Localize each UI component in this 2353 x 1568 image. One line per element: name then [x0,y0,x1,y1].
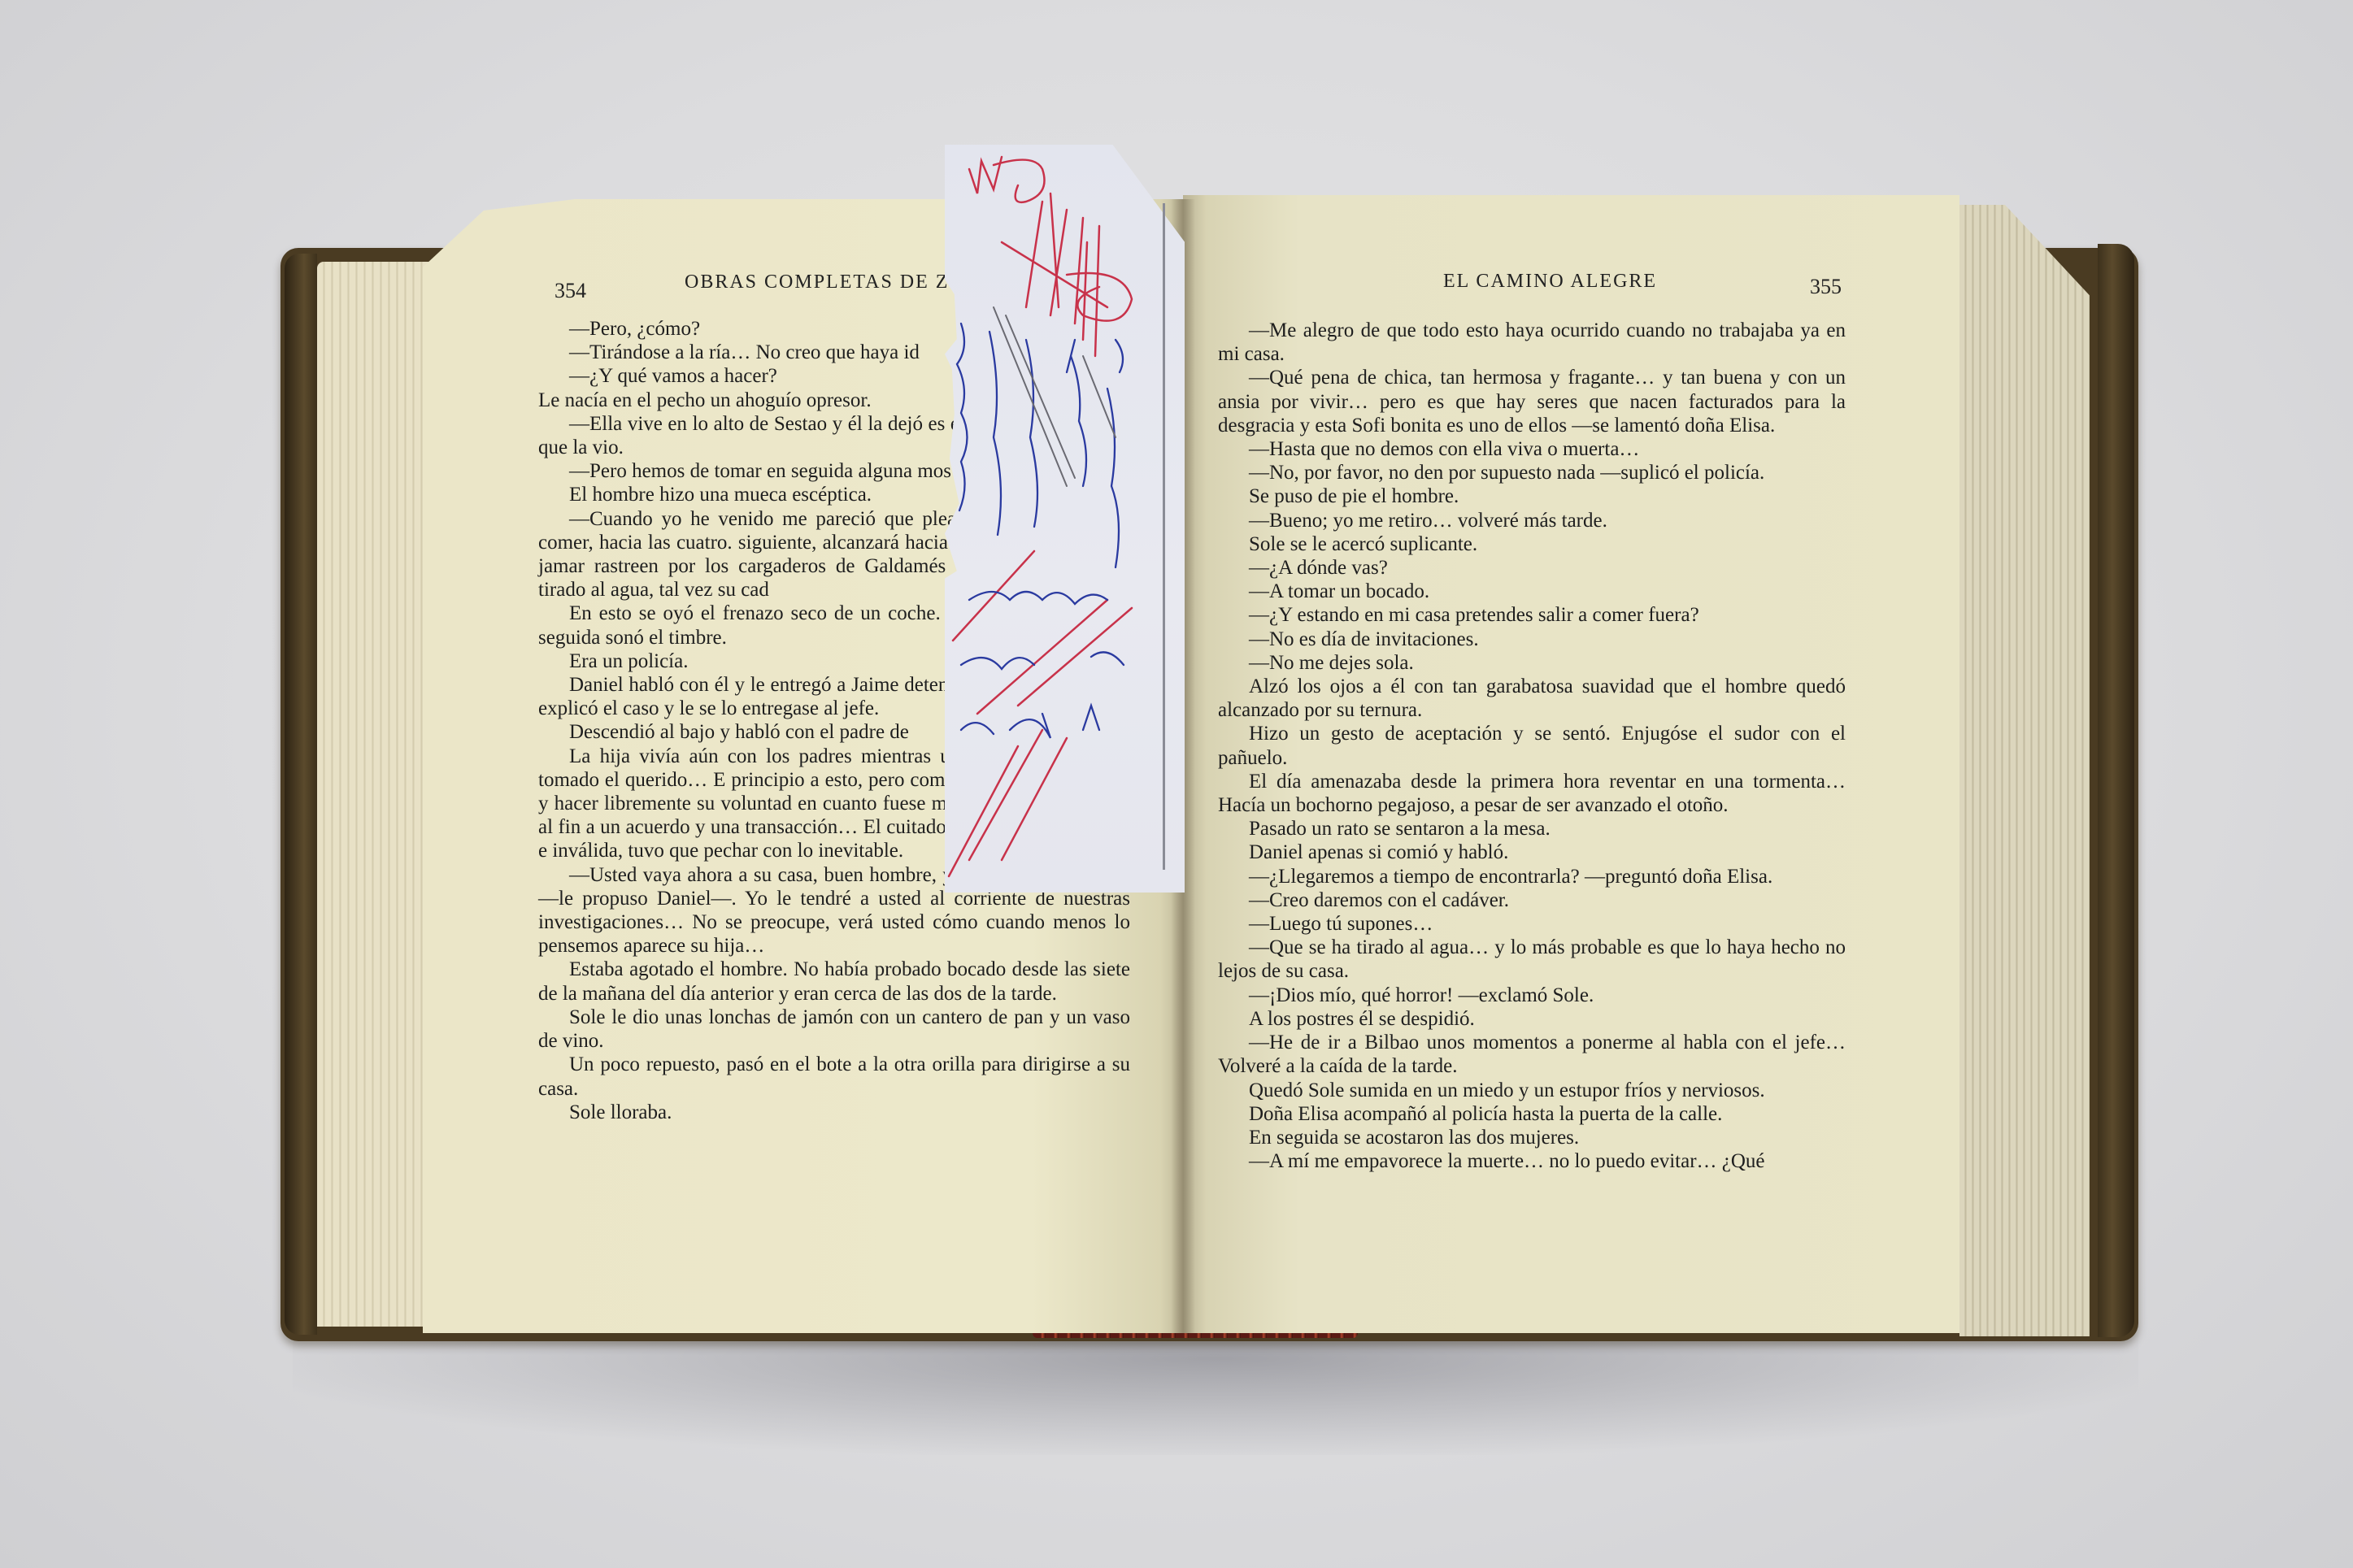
paragraph: Sole le dio unas lonchas de jamón con un… [538,1006,1130,1053]
paragraph: —Hasta que no demos con ella viva o muer… [1218,437,1846,461]
cover-edge-right [2098,244,2134,1337]
page-edges-right [1959,205,2090,1336]
paragraph: Pasado un rato se sentaron a la mesa. [1218,817,1846,840]
paragraph: —¿A dónde vas? [1218,556,1846,580]
paragraph: —No es día de invitaciones. [1218,628,1846,651]
paragraph: —He de ir a Bilbao unos momentos a poner… [1218,1031,1846,1078]
paragraph: Sole lloraba. [538,1101,1130,1124]
handwriting-scribbles-icon [945,145,1185,893]
paragraph: En seguida se acostaron las dos mujeres. [1218,1126,1846,1149]
paragraph: —Qué pena de chica, tan hermosa y fragan… [1218,366,1846,437]
paragraph: —¿Llegaremos a tiempo de encontrarla? —p… [1218,865,1846,888]
cover-edge-left [285,254,317,1335]
paragraph: —A tomar un bocado. [1218,580,1846,603]
paragraph: —No, por favor, no den por supuesto nada… [1218,461,1846,484]
page-edges-left [317,262,431,1327]
slip-printed-rule [1163,203,1165,870]
paragraph: A los postres él se despidió. [1218,1007,1846,1031]
paragraph: Alzó los ojos a él con tan garabatosa su… [1218,675,1846,722]
paragraph: —¿Y estando en mi casa pretendes salir a… [1218,603,1846,627]
right-page-text: —Me alegro de que todo esto haya ocurrid… [1218,319,1846,1173]
paragraph: —Luego tú supones… [1218,912,1846,936]
paragraph: Un poco repuesto, pasó en el bote a la o… [538,1053,1130,1100]
paragraph: Quedó Sole sumida en un miedo y un estup… [1218,1079,1846,1102]
paragraph: —Creo daremos con el cadáver. [1218,888,1846,912]
bookmark-slip[interactable] [945,145,1185,893]
paragraph: —¡Dios mío, qué horror! —exclamó Sole. [1218,984,1846,1007]
paragraph: —No me dejes sola. [1218,651,1846,675]
paragraph: Hizo un gesto de aceptación y se sentó. … [1218,722,1846,769]
paragraph: —Que se ha tirado al agua… y lo más prob… [1218,936,1846,983]
right-page-number: 355 [1810,275,1842,299]
paragraph: Daniel apenas si comió y habló. [1218,840,1846,864]
paragraph: Sole se le acercó suplicante. [1218,532,1846,556]
right-running-head: EL CAMINO ALEGRE [1443,271,1657,293]
paragraph: —Bueno; yo me retiro… volveré más tarde. [1218,509,1846,532]
paragraph: El día amenazaba desde la primera hora r… [1218,770,1846,817]
paragraph: —A mí me empavorece la muerte… no lo pue… [1218,1149,1846,1173]
paragraph: Doña Elisa acompañó al policía hasta la … [1218,1102,1846,1126]
paragraph: —Me alegro de que todo esto haya ocurrid… [1218,319,1846,366]
left-page-number: 354 [555,279,586,303]
paragraph: Se puso de pie el hombre. [1218,484,1846,508]
paragraph: Estaba agotado el hombre. No había proba… [538,958,1130,1005]
